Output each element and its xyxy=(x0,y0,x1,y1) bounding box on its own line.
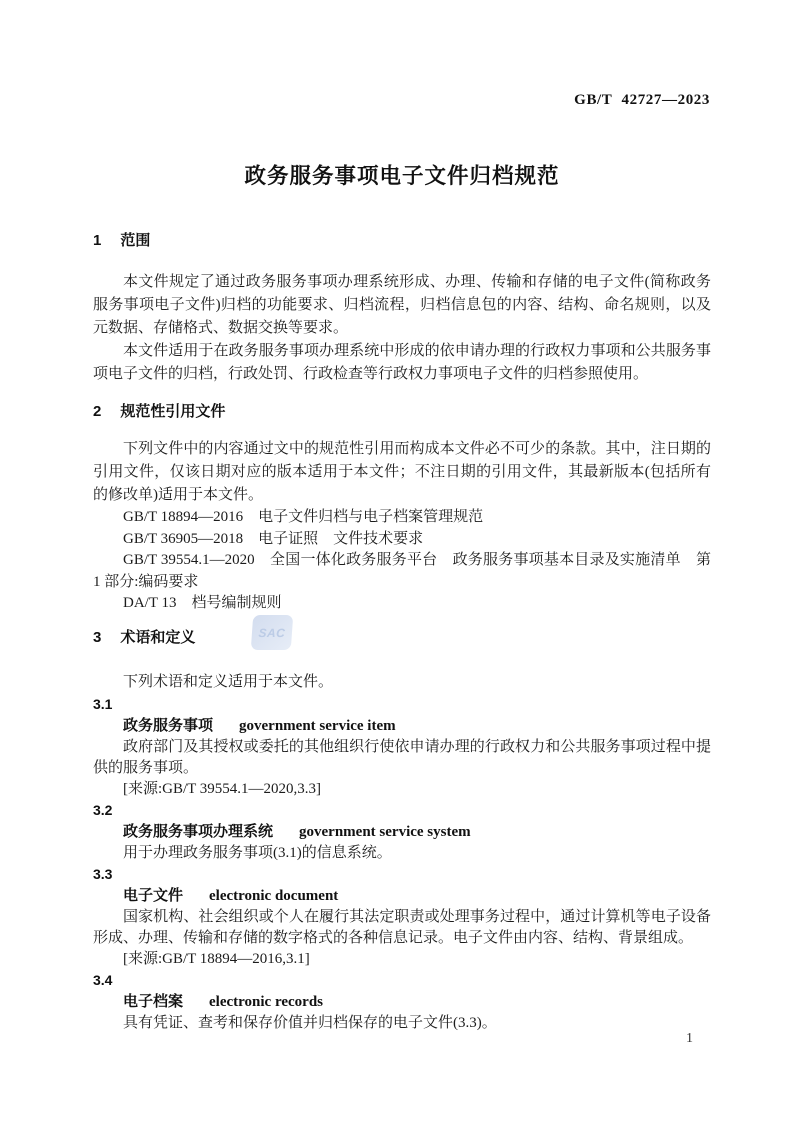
term-name-en: electronic records xyxy=(209,994,323,1010)
reference-item: DA/T 13 档号编制规则 xyxy=(93,593,711,615)
term-source: [来源:GB/T 39554.1—2020,3.3] xyxy=(93,779,711,800)
normative-references-intro: 下列文件中的内容通过文中的规范性引用而构成本文件必不可少的条款。其中，注日期的引… xyxy=(93,438,711,507)
scope-paragraph-1: 本文件规定了通过政务服务事项办理系统形成、办理、传输和存储的电子文件(简称政务服… xyxy=(93,271,711,340)
section-1-number: 1 xyxy=(93,230,101,252)
page-number: 1 xyxy=(686,1031,693,1047)
term-clause-number: 3.3 xyxy=(93,864,711,885)
term-3-3: 3.3 电子文件electronic document 国家机构、社会组织或个人… xyxy=(93,864,711,970)
term-name-zh: 政务服务事项 xyxy=(123,717,213,734)
section-1-heading: 1范围 xyxy=(93,230,711,252)
section-3-number: 3 xyxy=(93,627,101,649)
term-name-line: 电子文件electronic document xyxy=(93,885,711,907)
section-3-title: 术语和定义 xyxy=(120,629,195,646)
term-3-1: 3.1 政务服务事项government service item 政府部门及其… xyxy=(93,694,711,800)
term-name-zh: 电子文件 xyxy=(123,887,183,904)
scope-paragraph-2: 本文件适用于在政务服务事项办理系统中形成的依申请办理的行政权力事项和公共服务事项… xyxy=(93,340,711,386)
reference-item: GB/T 36905—2018 电子证照 文件技术要求 xyxy=(93,529,711,551)
term-name-line: 政务服务事项办理系统government service system xyxy=(93,821,711,843)
term-name-en: government service item xyxy=(239,718,396,734)
standard-document-page: GB/T 42727—2023 政务服务事项电子文件归档规范 1范围 本文件规定… xyxy=(0,0,794,1122)
term-name-line: 政务服务事项government service item xyxy=(93,715,711,737)
term-name-line: 电子档案electronic records xyxy=(93,991,711,1013)
term-3-4: 3.4 电子档案electronic records 具有凭证、查考和保存价值并… xyxy=(93,970,711,1034)
term-definition: 用于办理政务服务事项(3.1)的信息系统。 xyxy=(93,843,711,864)
section-3-heading: 3术语和定义 xyxy=(93,627,711,649)
term-name-zh: 电子档案 xyxy=(123,993,183,1010)
term-clause-number: 3.4 xyxy=(93,970,711,991)
term-name-en: electronic document xyxy=(209,888,338,904)
reference-item: GB/T 18894—2016 电子文件归档与电子档案管理规范 xyxy=(93,507,711,529)
section-1-title: 范围 xyxy=(120,232,150,249)
term-definition: 具有凭证、查考和保存价值并归档保存的电子文件(3.3)。 xyxy=(93,1013,711,1034)
sac-watermark-logo: SAC xyxy=(251,615,293,650)
term-3-2: 3.2 政务服务事项办理系统government service system … xyxy=(93,800,711,864)
section-2-title: 规范性引用文件 xyxy=(120,403,225,420)
term-name-zh: 政务服务事项办理系统 xyxy=(123,823,273,840)
term-name-en: government service system xyxy=(299,824,471,840)
term-clause-number: 3.2 xyxy=(93,800,711,821)
document-title: 政务服务事项电子文件归档规范 xyxy=(93,0,711,189)
term-source: [来源:GB/T 18894—2016,3.1] xyxy=(93,949,711,970)
section-2-number: 2 xyxy=(93,401,101,423)
normative-references-list: GB/T 18894—2016 电子文件归档与电子档案管理规范 GB/T 369… xyxy=(93,507,711,615)
term-clause-number: 3.1 xyxy=(93,694,711,715)
terms-intro: 下列术语和定义适用于本文件。 xyxy=(93,671,711,694)
term-definition: 国家机构、社会组织或个人在履行其法定职责或处理事务过程中，通过计算机等电子设备形… xyxy=(93,907,711,949)
document-body: 政务服务事项电子文件归档规范 1范围 本文件规定了通过政务服务事项办理系统形成、… xyxy=(93,0,711,1034)
reference-item: GB/T 39554.1—2020 全国一体化政务服务平台 政务服务事项基本目录… xyxy=(93,550,711,593)
terms-list: 3.1 政务服务事项government service item 政府部门及其… xyxy=(93,694,711,1034)
section-2-heading: 2规范性引用文件 xyxy=(93,401,711,423)
term-definition: 政府部门及其授权或委托的其他组织行使依申请办理的行政权力和公共服务事项过程中提供… xyxy=(93,737,711,779)
